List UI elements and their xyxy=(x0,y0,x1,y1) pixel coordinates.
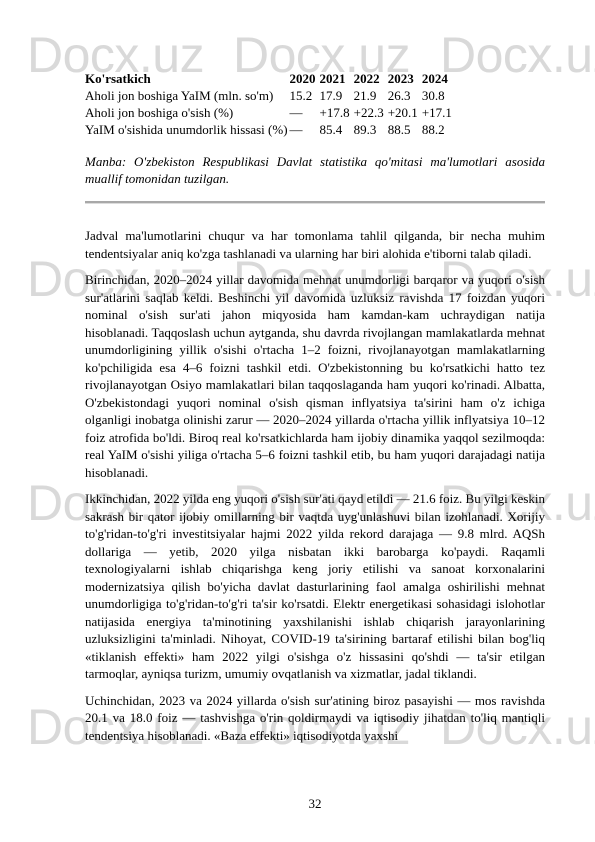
source-note: Manba: O'zbekiston Respublikasi Davlat s… xyxy=(85,153,545,187)
table-header-indicator: Ko'rsatkich xyxy=(85,70,290,87)
paragraph: Ikkinchidan, 2022 yilda eng yuqori o'sis… xyxy=(85,490,545,683)
table-cell: 88.2 xyxy=(422,121,456,138)
table-row: Aholi jon boshiga o'sish (%) — +17.8 +22… xyxy=(85,104,456,121)
table-cell: 21.9 xyxy=(354,87,388,104)
table-cell: 17.9 xyxy=(320,87,354,104)
productivity-table: Ko'rsatkich 2020 2021 2022 2023 2024 Aho… xyxy=(85,70,456,138)
table-header-year: 2024 xyxy=(422,70,456,87)
table-header-year: 2022 xyxy=(354,70,388,87)
table-cell: 26.3 xyxy=(388,87,422,104)
row-label: YaIM o'sishida unumdorlik hissasi (%) xyxy=(85,121,290,138)
table-cell: 88.5 xyxy=(388,121,422,138)
table-header-year: 2020 xyxy=(290,70,320,87)
table-cell: +17.1 xyxy=(422,104,456,121)
table-header-year: 2023 xyxy=(388,70,422,87)
table-header-row: Ko'rsatkich 2020 2021 2022 2023 2024 xyxy=(85,70,456,87)
table-cell: +20.1 xyxy=(388,104,422,121)
table-cell: — xyxy=(290,104,320,121)
horizontal-rule xyxy=(85,201,545,204)
table-row: Aholi jon boshiga YaIM (mln. so'm) 15.2 … xyxy=(85,87,456,104)
table-cell: 30.8 xyxy=(422,87,456,104)
table-cell: +17.8 xyxy=(320,104,354,121)
paragraph: Uchinchidan, 2023 va 2024 yillarda o'sis… xyxy=(85,692,545,745)
table-row: YaIM o'sishida unumdorlik hissasi (%) — … xyxy=(85,121,456,138)
table-cell: 15.2 xyxy=(290,87,320,104)
page-number: 32 xyxy=(85,796,545,812)
body-text: Jadval ma'lumotlarini chuqur va har tomo… xyxy=(85,227,545,753)
row-label: Aholi jon boshiga o'sish (%) xyxy=(85,104,290,121)
table-cell: +22.3 xyxy=(354,104,388,121)
table-cell: 89.3 xyxy=(354,121,388,138)
table-cell: 85.4 xyxy=(320,121,354,138)
paragraph: Jadval ma'lumotlarini chuqur va har tomo… xyxy=(85,227,545,262)
row-label: Aholi jon boshiga YaIM (mln. so'm) xyxy=(85,87,290,104)
table-header-year: 2021 xyxy=(320,70,354,87)
watermark: Docx.uz xyxy=(440,30,595,80)
table-cell: — xyxy=(290,121,320,138)
paragraph: Birinchidan, 2020–2024 yillar davomida m… xyxy=(85,271,545,481)
